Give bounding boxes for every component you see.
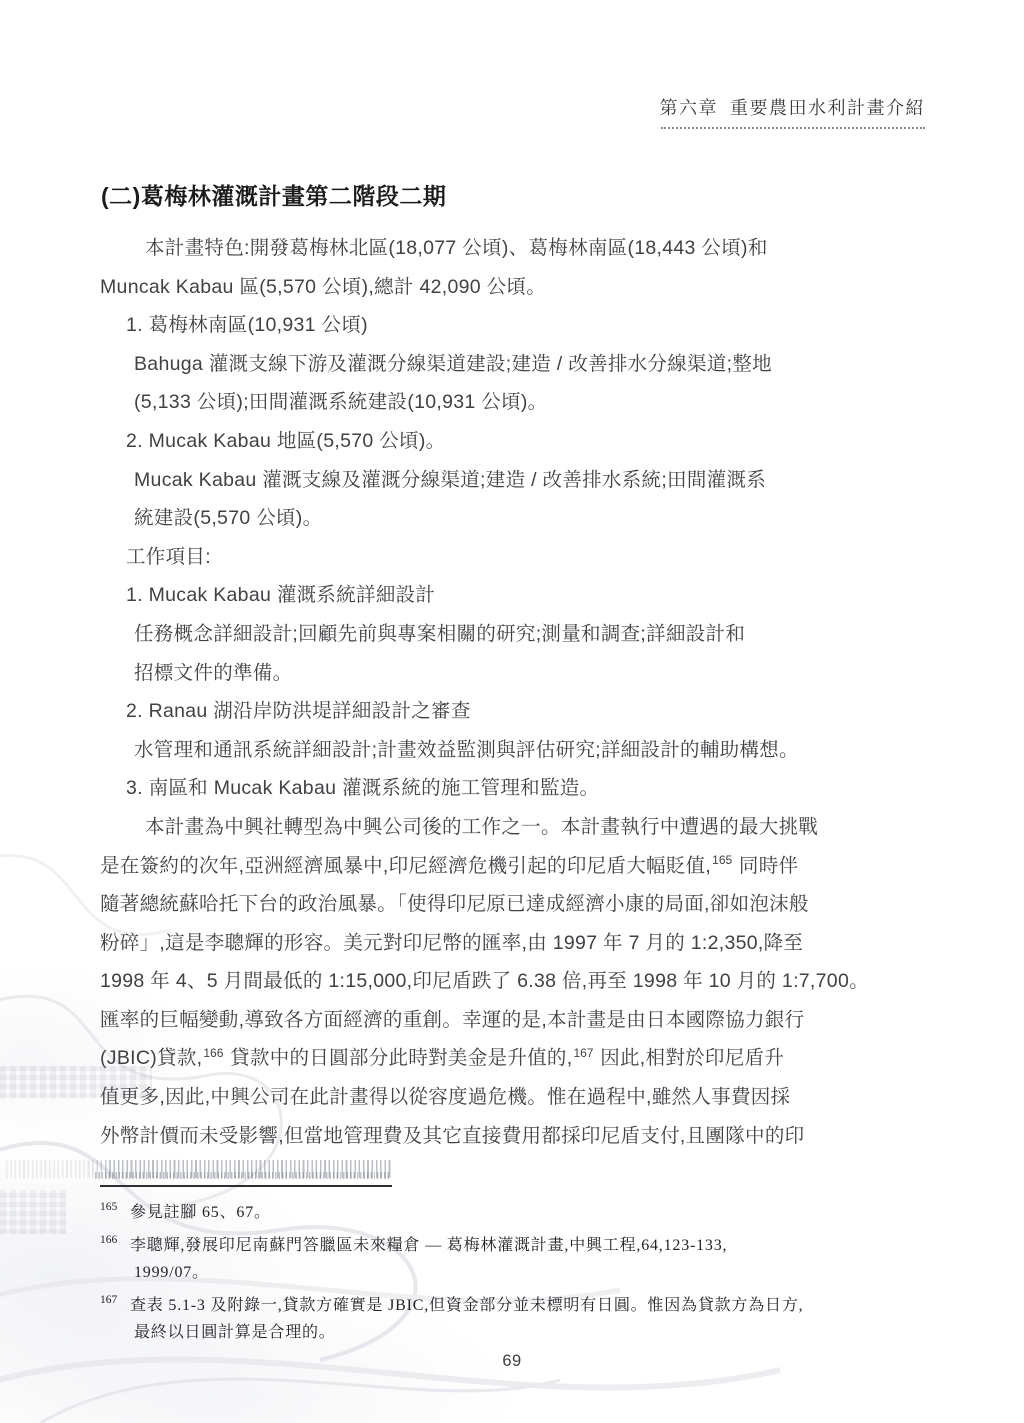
- footnote-marker: 167: [100, 1287, 130, 1315]
- ruler-watermark: [95, 1172, 391, 1179]
- body-line: Bahuga 灌溉支線下游及灌溉分線渠道建設;建造 / 改善排水分線渠道;整地: [100, 345, 970, 384]
- body-line: 2. Ranau 湖沿岸防洪堤詳細設計之審查: [100, 692, 970, 731]
- running-header: 第六章重要農田水利計畫介紹: [660, 94, 926, 129]
- section-title: (二)葛梅林灌溉計畫第二階段二期: [101, 178, 446, 211]
- document-page: 第六章重要農田水利計畫介紹 (二)葛梅林灌溉計畫第二階段二期 本計畫特色:開發葛…: [0, 0, 1024, 1423]
- footnote-ref-167: 167: [573, 1046, 593, 1060]
- footnote-166-cont: 1999/07。: [100, 1259, 956, 1287]
- ruler-watermark: [6, 1160, 392, 1178]
- body-line: 工作項目:: [100, 538, 970, 577]
- body-text: 本計畫特色:開發葛梅林北區(18,077 公頃)、葛梅林南區(18,443 公頃…: [100, 229, 970, 1155]
- footnote-ref-166: 166: [203, 1046, 223, 1060]
- body-line: (JBIC)貸款,166 貸款中的日圓部分此時對美金是升值的,167 因此,相對…: [100, 1039, 970, 1078]
- footnotes: 165參見註腳 65、67。 166李聰輝,發展印尼南蘇門答臘區未來糧倉 — 葛…: [100, 1194, 956, 1347]
- running-header-text: 第六章重要農田水利計畫介紹: [660, 94, 926, 120]
- header-dotted-rule: [661, 127, 925, 129]
- footnote-marker: 166: [100, 1227, 130, 1255]
- footnote-167-cont: 最終以日圓計算是合理的。: [100, 1319, 956, 1347]
- page-number: 69: [0, 1352, 1024, 1371]
- body-line: 外幣計價而未受影響,但當地管理費及其它直接費用都採印尼盾支付,且團隊中的印: [100, 1117, 970, 1156]
- body-line: 3. 南區和 Mucak Kabau 灌溉系統的施工管理和監造。: [100, 769, 970, 808]
- body-line: 1. 葛梅林南區(10,931 公頃): [100, 306, 970, 345]
- footnote-165: 165參見註腳 65、67。: [100, 1194, 956, 1227]
- body-line: 2. Mucak Kabau 地區(5,570 公頃)。: [100, 422, 970, 461]
- body-line: 1. Mucak Kabau 灌溉系統詳細設計: [100, 576, 970, 615]
- footnote-ref-165: 165: [712, 853, 732, 867]
- body-line: Mucak Kabau 灌溉支線及灌溉分線渠道;建造 / 改善排水系統;田間灌溉…: [100, 461, 970, 500]
- body-line: 統建設(5,570 公頃)。: [100, 499, 970, 538]
- chapter-label: 第六章: [660, 98, 719, 118]
- footnote-marker: 165: [100, 1194, 130, 1222]
- body-line: 招標文件的準備。: [100, 654, 970, 693]
- chapter-title: 重要農田水利計畫介紹: [730, 98, 925, 118]
- body-line: 是在簽約的次年,亞洲經濟風暴中,印尼經濟危機引起的印尼盾大幅貶值,165 同時伴: [100, 847, 970, 886]
- body-line: 1998 年 4、5 月間最低的 1:15,000,印尼盾跌了 6.38 倍,再…: [100, 962, 970, 1001]
- body-line: 任務概念詳細設計;回顧先前與專案相關的研究;測量和調查;詳細設計和: [100, 615, 970, 654]
- body-line: 隨著總統蘇哈托下台的政治風暴。「使得印尼原已達成經濟小康的局面,卻如泡沫般: [100, 885, 970, 924]
- footnote-166: 166李聰輝,發展印尼南蘇門答臘區未來糧倉 — 葛梅林灌溉計畫,中興工程,64,…: [100, 1227, 956, 1260]
- footnote-167: 167查表 5.1-3 及附錄一,貸款方確實是 JBIC,但資金部分並未標明有日…: [100, 1287, 956, 1320]
- body-line: 本計畫為中興社轉型為中興公司後的工作之一。本計畫執行中遭遇的最大挑戰: [100, 808, 970, 847]
- body-line: Muncak Kabau 區(5,570 公頃),總計 42,090 公頃。: [100, 268, 970, 307]
- body-line: 水管理和通訊系統詳細設計;計畫效益監測與評估研究;詳細設計的輔助構想。: [100, 731, 970, 770]
- body-line: 本計畫特色:開發葛梅林北區(18,077 公頃)、葛梅林南區(18,443 公頃…: [100, 229, 970, 268]
- body-line: 值更多,因此,中興公司在此計畫得以從容度過危機。惟在過程中,雖然人事費因採: [100, 1078, 970, 1117]
- body-line: 粉碎」,這是李聰輝的形容。美元對印尼幣的匯率,由 1997 年 7 月的 1:2…: [100, 924, 970, 963]
- footnote-separator: [100, 1185, 392, 1187]
- pixel-grid-watermark: [0, 1190, 66, 1234]
- body-line: (5,133 公頃);田間灌溉系統建設(10,931 公頃)。: [100, 383, 970, 422]
- body-line: 匯率的巨幅變動,導致各方面經濟的重創。幸運的是,本計畫是由日本國際協力銀行: [100, 1001, 970, 1040]
